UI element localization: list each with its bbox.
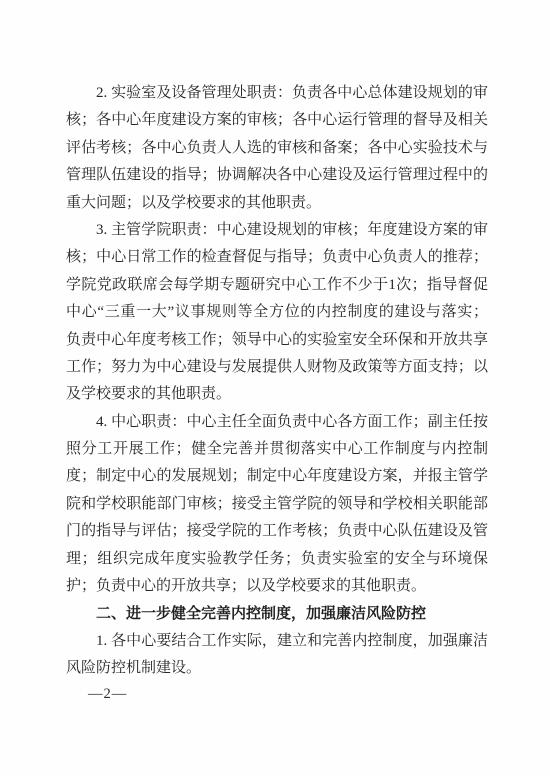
body-line: 照分工开展工作；健全完善并贯彻落实中心工作制度与内控制 — [66, 436, 488, 463]
body-line: 护；负责中心的开放共享；以及学校要求的其他职责。 — [66, 573, 488, 600]
body-line: 负责中心年度考核工作；领导中心的实验室安全环保和开放共享 — [66, 327, 488, 354]
body-line: 院和学校职能部门审核；接受主管学院的领导和学校相关职能部 — [66, 491, 488, 518]
body-line: 门的指导与评估；接受学院的工作考核；负责中心队伍建设及管 — [66, 518, 488, 545]
body-line: 及学校要求的其他职责。 — [66, 381, 488, 408]
section-heading: 二、进一步健全完善内控制度，加强廉洁风险防控 — [66, 600, 488, 627]
page-number: —2— — [88, 684, 127, 704]
body-line: 中心“三重一大”议事规则等全方位的内控制度的建设与落实； — [66, 299, 488, 326]
body-line: 2. 实验室及设备管理处职责：负责各中心总体建设规划的审 — [66, 80, 488, 107]
body-line: 评估考核；各中心负责人人选的审核和备案；各中心实验技术与 — [66, 135, 488, 162]
body-line: 核；中心日常工作的检查督促与指导；负责中心负责人的推荐； — [66, 244, 488, 271]
document-page: 2. 实验室及设备管理处职责：负责各中心总体建设规划的审 核；各中心年度建设方案… — [0, 0, 550, 776]
body-line: 管理队伍建设的指导；协调解决各中心建设及运行管理过程中的 — [66, 162, 488, 189]
body-line: 4. 中心职责：中心主任全面负责中心各方面工作；副主任按 — [66, 409, 488, 436]
body-line: 工作；努力为中心建设与发展提供人财物及政策等方面支持；以 — [66, 354, 488, 381]
body-line: 重大问题；以及学校要求的其他职责。 — [66, 190, 488, 217]
body-line: 风险防控机制建设。 — [66, 655, 488, 682]
body-line: 理；组织完成年度实验教学任务；负责实验室的安全与环境保 — [66, 546, 488, 573]
document-body: 2. 实验室及设备管理处职责：负责各中心总体建设规划的审 核；各中心年度建设方案… — [66, 80, 488, 683]
body-line: 核；各中心年度建设方案的审核；各中心运行管理的督导及相关 — [66, 107, 488, 134]
body-line: 学院党政联席会每学期专题研究中心工作不少于1次；指导督促 — [66, 272, 488, 299]
body-line: 度；制定中心的发展规划；制定中心年度建设方案，并报主管学 — [66, 463, 488, 490]
body-line: 3. 主管学院职责：中心建设规划的审核；年度建设方案的审 — [66, 217, 488, 244]
body-line: 1. 各中心要结合工作实际，建立和完善内控制度，加强廉洁 — [66, 628, 488, 655]
